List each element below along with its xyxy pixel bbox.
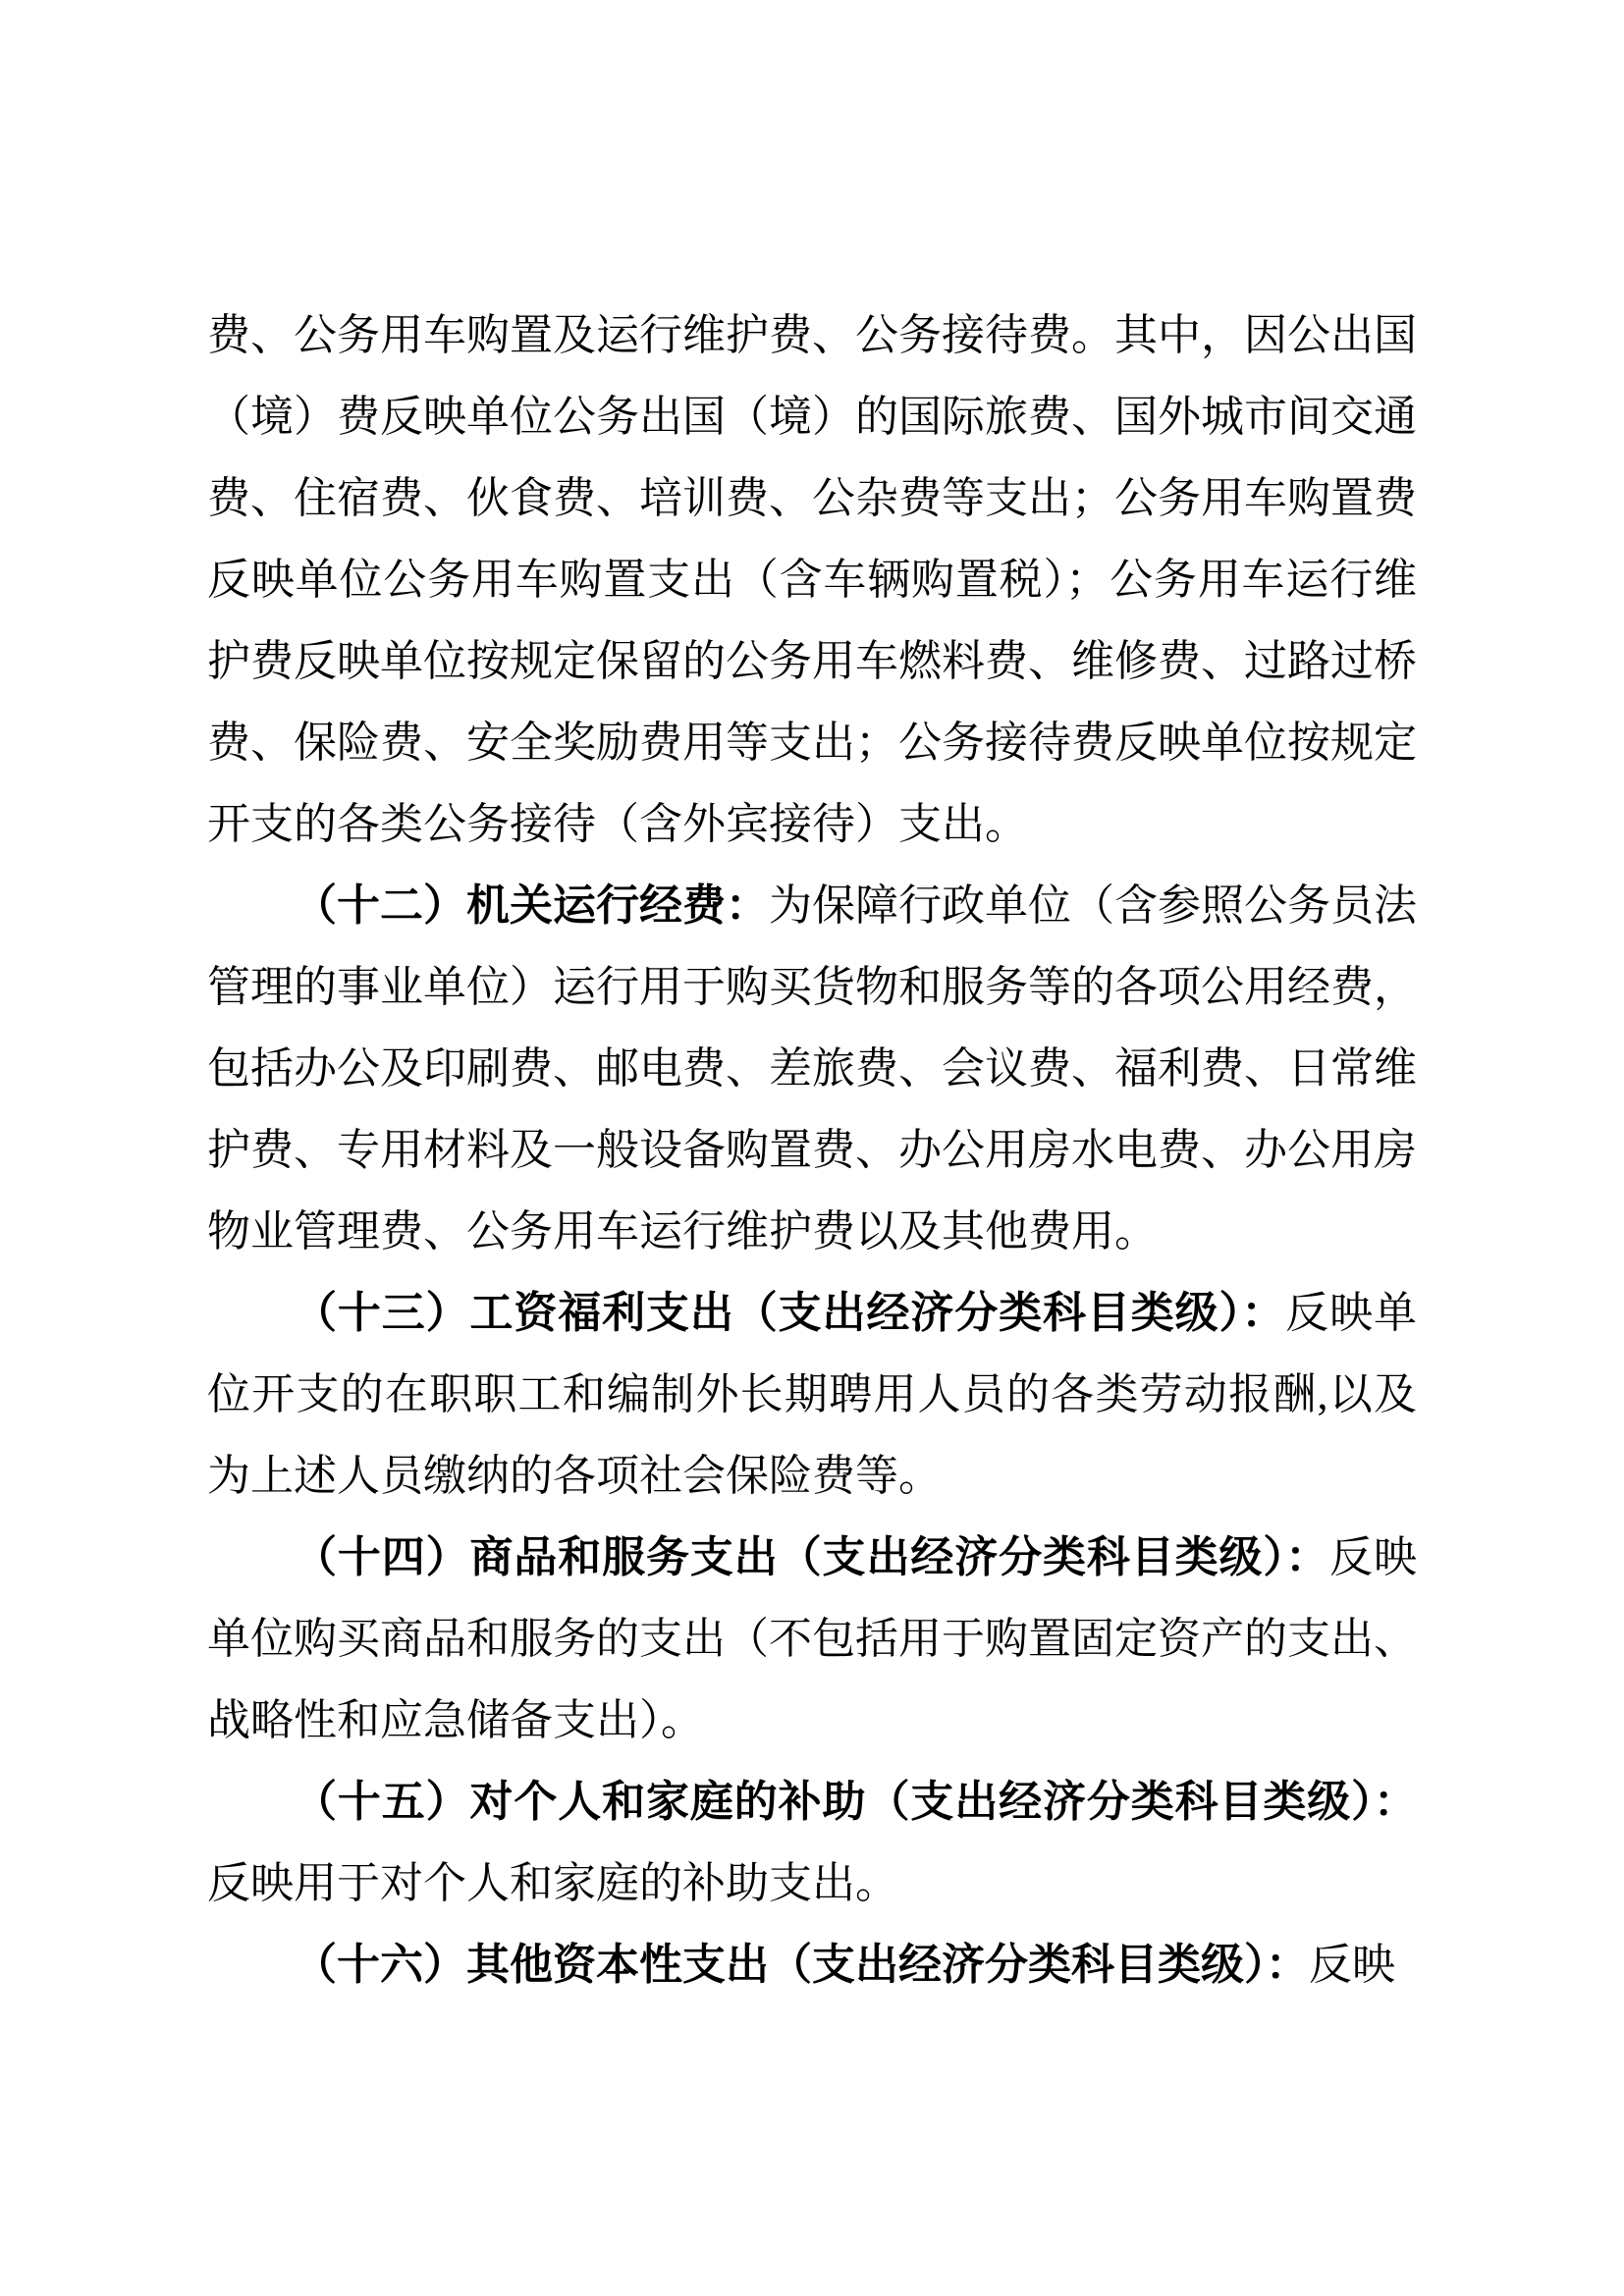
paragraph-item-16: （十六）其他资本性支出（支出经济分类科目类级）：反映	[207, 1924, 1417, 2005]
document-page: 费、公务用车购置及运行维护费、公务接待费。其中，因公出国（境）费反映单位公务出国…	[0, 0, 1624, 2296]
clause-text: 反映用于对个人和家庭的补助支出。	[207, 1859, 898, 1907]
clause-text: 为保障行政单位（含参照公务员法管理的事业单位）运行用于购买货物和服务等的各项公用…	[207, 881, 1417, 1255]
paragraph-continuation: 费、公务用车购置及运行维护费、公务接待费。其中，因公出国（境）费反映单位公务出国…	[207, 294, 1417, 865]
paragraph-item-15: （十五）对个人和家庭的补助（支出经济分类科目类级）：反映用于对个人和家庭的补助支…	[207, 1761, 1417, 1924]
paragraph-item-14: （十四）商品和服务支出（支出经济分类科目类级）：反映单位购买商品和服务的支出（不…	[207, 1517, 1417, 1761]
clause-text: 费、公务用车购置及运行维护费、公务接待费。其中，因公出国（境）费反映单位公务出国…	[207, 311, 1417, 848]
paragraph-item-13: （十三）工资福利支出（支出经济分类科目类级）：反映单位开支的在职职工和编制外长期…	[207, 1272, 1417, 1517]
text-block: 费、公务用车购置及运行维护费、公务接待费。其中，因公出国（境）费反映单位公务出国…	[207, 294, 1417, 2005]
clause-heading-16: （十六）其他资本性支出（支出经济分类科目类级）：	[294, 1941, 1309, 1989]
clause-heading-12: （十二）机关运行经费：	[294, 881, 769, 930]
clause-heading-14: （十四）商品和服务支出（支出经济分类科目类级）：	[294, 1533, 1329, 1581]
paragraph-item-12: （十二）机关运行经费：为保障行政单位（含参照公务员法管理的事业单位）运行用于购买…	[207, 865, 1417, 1272]
clause-text: 反映	[1309, 1941, 1395, 1989]
clause-heading-15: （十五）对个人和家庭的补助（支出经济分类科目类级）：	[294, 1778, 1417, 1826]
clause-heading-13: （十三）工资福利支出（支出经济分类科目类级）：	[294, 1289, 1285, 1337]
